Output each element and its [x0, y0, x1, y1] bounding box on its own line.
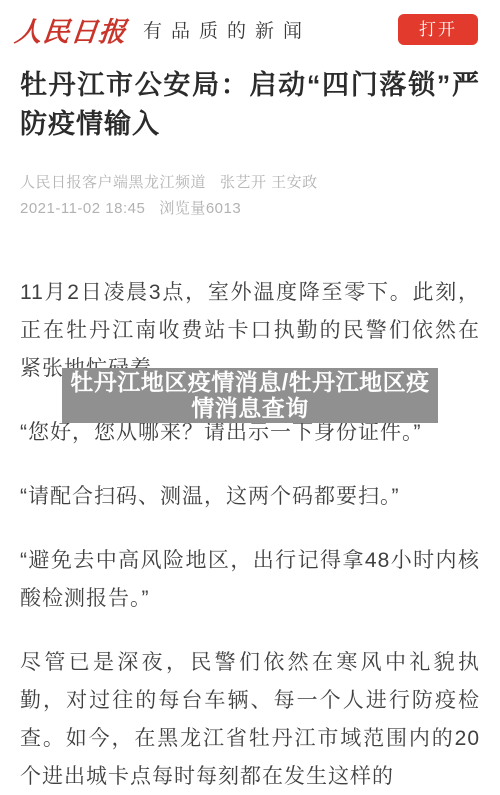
watermark-overlay: 牡丹江地区疫情消息/牡丹江地区疫情消息查询 [62, 368, 438, 423]
article-title: 牡丹江市公安局：启动“四门落锁”严防疫情输入 [20, 66, 480, 144]
news-article-page: 人民日报 有品质的新闻 打开 牡丹江市公安局：启动“四门落锁”严防疫情输入 人民… [0, 0, 500, 795]
article-body: 11月2日凌晨3点，室外温度降至零下。此刻，正在牡丹江南收费站卡口执勤的民警们依… [20, 274, 480, 795]
paragraph: “请配合扫码、测温，这两个码都要扫。” [20, 478, 480, 516]
source-channel: 人民日报客户端黑龙江频道 [20, 174, 206, 191]
app-banner: 人民日报 有品质的新闻 打开 [0, 0, 500, 58]
open-app-button[interactable]: 打开 [398, 14, 478, 45]
publish-datetime: 2021-11-02 18:45 [20, 200, 145, 217]
paragraph: “避免去中高风险地区，出行记得拿48小时内核酸检测报告。” [20, 542, 480, 618]
view-count: 浏览量6013 [159, 200, 241, 217]
authors: 张艺开 王安政 [220, 174, 318, 191]
date-views-line: 2021-11-02 18:45浏览量6013 [20, 196, 480, 222]
article-content: 牡丹江市公安局：启动“四门落锁”严防疫情输入 人民日报客户端黑龙江频道张艺开 王… [0, 58, 500, 795]
app-tagline: 有品质的新闻 [143, 16, 311, 43]
article-meta: 人民日报客户端黑龙江频道张艺开 王安政 2021-11-02 18:45浏览量6… [20, 170, 480, 222]
peoples-daily-logo: 人民日报 [13, 10, 129, 49]
paragraph: 尽管已是深夜，民警们依然在寒风中礼貌执勤，对过往的每台车辆、每一个人进行防疫检查… [20, 644, 480, 795]
byline: 人民日报客户端黑龙江频道张艺开 王安政 [20, 170, 480, 196]
